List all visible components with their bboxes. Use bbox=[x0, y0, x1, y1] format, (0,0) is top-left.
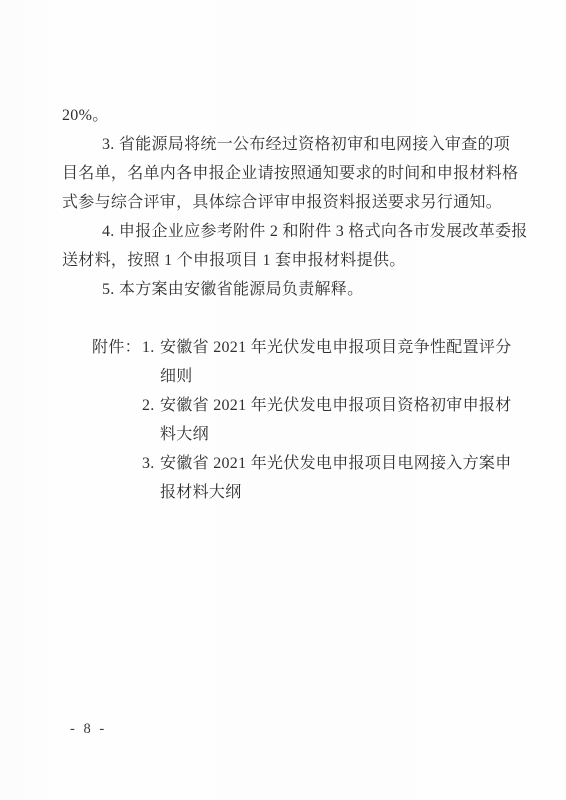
attachment-3-title-line2: 报材料大纲 bbox=[160, 478, 242, 507]
text-line-item4-2: 送材料，按照 1 个申报项目 1 套申报材料提供。 bbox=[62, 246, 506, 275]
text-line-carryover: 20%。 bbox=[62, 101, 506, 130]
attachment-line: 细则 bbox=[0, 362, 566, 391]
text-line-item3-1: 3. 省能源局将统一公布经过资格初审和电网接入审查的项 bbox=[62, 130, 506, 159]
attachment-3-number: 3. bbox=[142, 449, 155, 478]
attachment-1-number: 1. bbox=[142, 333, 155, 362]
attachment-line: 附件： 1. 安徽省 2021 年光伏发电申报项目竞争性配置评分 bbox=[0, 333, 566, 362]
attachments-label: 附件： bbox=[92, 333, 141, 362]
attachment-1-title-line2: 细则 bbox=[160, 362, 193, 391]
text-line-item3-3: 式参与综合评审，具体综合评审申报资料报送要求另行通知。 bbox=[62, 188, 506, 217]
text-line-item3-2: 目名单，名单内各申报企业请按照通知要求的时间和申报材料格 bbox=[62, 159, 506, 188]
attachment-line: 报材料大纲 bbox=[0, 478, 566, 507]
attachment-line: 料大纲 bbox=[0, 420, 566, 449]
attachments-section: 附件： 1. 安徽省 2021 年光伏发电申报项目竞争性配置评分 细则 2. 安… bbox=[0, 333, 566, 507]
attachment-1-title-line1: 安徽省 2021 年光伏发电申报项目竞争性配置评分 bbox=[160, 333, 512, 362]
document-page: 20%。 3. 省能源局将统一公布经过资格初审和电网接入审查的项 目名单，名单内… bbox=[0, 0, 566, 800]
text-line-item5-1: 5. 本方案由安徽省能源局负责解释。 bbox=[62, 275, 506, 304]
attachment-3-title-line1: 安徽省 2021 年光伏发电申报项目电网接入方案申 bbox=[160, 449, 512, 478]
attachment-line: 2. 安徽省 2021 年光伏发电申报项目资格初审申报材 bbox=[0, 391, 566, 420]
attachment-2-title-line2: 料大纲 bbox=[160, 420, 209, 449]
body-text: 20%。 3. 省能源局将统一公布经过资格初审和电网接入审查的项 目名单，名单内… bbox=[0, 101, 566, 304]
text-line-item4-1: 4. 申报企业应参考附件 2 和附件 3 格式向各市发展改革委报 bbox=[62, 217, 506, 246]
attachment-2-number: 2. bbox=[142, 391, 155, 420]
page-number: - 8 - bbox=[70, 720, 107, 738]
attachment-line: 3. 安徽省 2021 年光伏发电申报项目电网接入方案申 bbox=[0, 449, 566, 478]
attachment-2-title-line1: 安徽省 2021 年光伏发电申报项目资格初审申报材 bbox=[160, 391, 512, 420]
